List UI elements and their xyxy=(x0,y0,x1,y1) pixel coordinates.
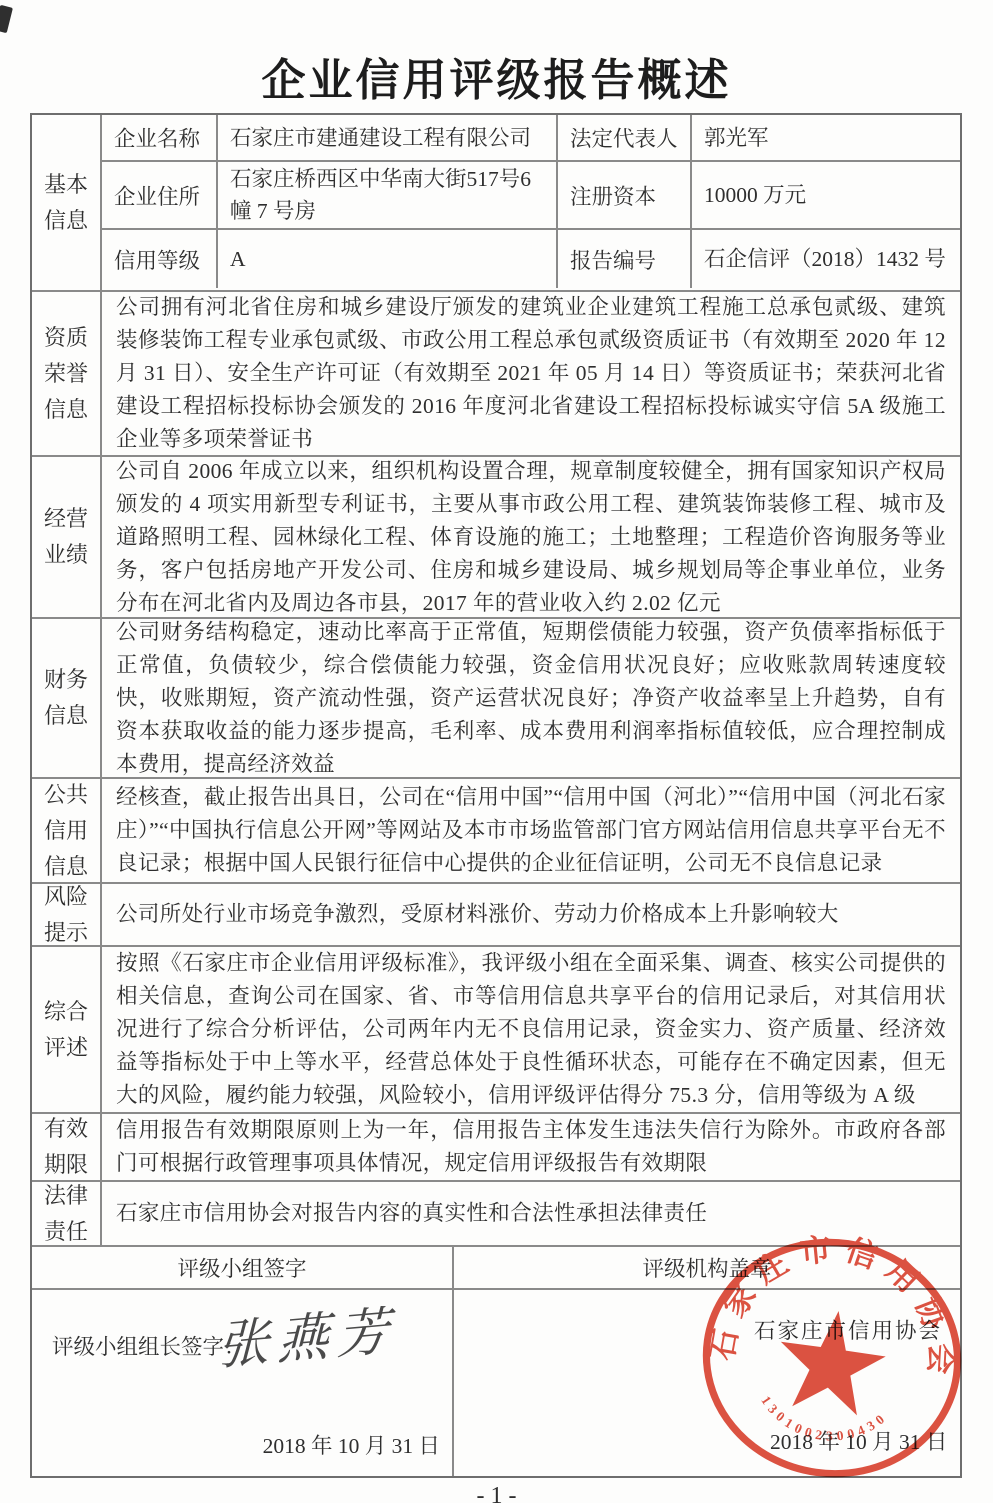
table-row: 企业名称 石家庄市建通建设工程有限公司 法定代表人 郭光军 xyxy=(102,115,960,162)
section-label-text: 法律责任 xyxy=(42,1178,90,1250)
agency-name-text: 石家庄市信用协会 xyxy=(754,1314,942,1345)
section-business-performance: 经营业绩 公司自 2006 年成立以来，组织机构设置合理，规章制度较健全，拥有国… xyxy=(32,457,960,619)
section-label-text: 基本信息 xyxy=(42,167,90,239)
section-text: 公司财务结构稳定，速动比率高于正常值，短期偿债能力较强，资产负债率指标低于正常值… xyxy=(116,619,946,777)
section-label-basic-info: 基本信息 xyxy=(32,115,102,290)
signature-header-row: 评级小组签字 评级机构盖章 xyxy=(32,1247,960,1290)
section-label-public-credit-info: 公共信用信息 xyxy=(32,779,102,882)
section-content: 公司财务结构稳定，速动比率高于正常值，短期偿债能力较强，资产负债率指标低于正常值… xyxy=(102,619,960,777)
section-label-overall-review: 综合评述 xyxy=(32,947,102,1112)
section-label-text: 经营业绩 xyxy=(42,501,90,573)
field-value-address: 石家庄桥西区中华南大街517号6幢 7 号房 xyxy=(218,162,558,228)
section-validity-period: 有效期限 信用报告有效期限原则上为一年，信用报告主体发生违法失信行为除外。市政府… xyxy=(32,1114,960,1182)
field-label-registered-capital: 注册资本 xyxy=(558,162,692,228)
field-label-legal-rep: 法定代表人 xyxy=(558,115,692,160)
section-public-credit-info: 公共信用信息 经核查，截止报告出具日，公司在“信用中国”“信用中国（河北）”“信… xyxy=(32,779,960,884)
field-label-report-number: 报告编号 xyxy=(558,230,692,288)
signature-cell-left: 评级小组组长签字： 张燕芳 2018 年 10 月 31 日 xyxy=(32,1290,454,1476)
section-content: 公司拥有河北省住房和城乡建设厅颁发的建筑业企业建筑工程施工总承包贰级、建筑装修装… xyxy=(102,292,960,455)
field-label-address: 企业住所 xyxy=(102,162,218,228)
section-text: 公司所处行业市场竞争激烈，受原材料涨价、劳动力价格成本上升影响较大 xyxy=(116,898,946,931)
field-value-credit-grade: A xyxy=(218,230,558,288)
section-text: 按照《石家庄市企业信用评级标准》，我评级小组在全面采集、调查、核实公司提供的相关… xyxy=(116,947,946,1112)
field-value-company-name: 石家庄市建通建设工程有限公司 xyxy=(218,115,558,160)
section-financial-info: 财务信息 公司财务结构稳定，速动比率高于正常值，短期偿债能力较强，资产负债率指标… xyxy=(32,619,960,779)
section-label-text: 风险提示 xyxy=(42,879,90,951)
page-title: 企业信用评级报告概述 xyxy=(0,44,993,108)
section-content: 经核查，截止报告出具日，公司在“信用中国”“信用中国（河北）”“信用中国（河北石… xyxy=(102,779,960,882)
section-label-validity-period: 有效期限 xyxy=(32,1114,102,1180)
section-qualification-honors: 资质荣誉信息 公司拥有河北省住房和城乡建设厅颁发的建筑业企业建筑工程施工总承包贰… xyxy=(32,292,960,457)
table-row: 信用等级 A 报告编号 石企信评（2018）1432 号 xyxy=(102,230,960,288)
page-number: - 1 - xyxy=(0,1483,993,1503)
signature-body-row: 评级小组组长签字： 张燕芳 2018 年 10 月 31 日 石家庄市信用协会 … xyxy=(32,1290,960,1476)
section-text: 公司自 2006 年成立以来，组织机构设置合理，规章制度较健全，拥有国家知识产权… xyxy=(116,457,946,617)
signature-date-left: 2018 年 10 月 31 日 xyxy=(263,1429,440,1460)
section-label-risk-warning: 风险提示 xyxy=(32,884,102,945)
section-content: 公司自 2006 年成立以来，组织机构设置合理，规章制度较健全，拥有国家知识产权… xyxy=(102,457,960,617)
field-value-legal-rep: 郭光军 xyxy=(692,115,960,160)
rating-agency-seal-header: 评级机构盖章 xyxy=(454,1247,960,1288)
section-text: 信用报告有效期限原则上为一年，信用报告主体发生违法失信行为除外。市政府各部门可根… xyxy=(116,1114,946,1180)
section-content: 按照《石家庄市企业信用评级标准》，我评级小组在全面采集、调查、核实公司提供的相关… xyxy=(102,947,960,1112)
section-label-text: 资质荣誉信息 xyxy=(42,320,90,428)
report-table: 基本信息 企业名称 石家庄市建通建设工程有限公司 法定代表人 郭光军 企业住所 … xyxy=(30,113,962,1478)
handwritten-signature: 张燕芳 xyxy=(217,1288,398,1379)
rating-team-signature-header: 评级小组签字 xyxy=(32,1247,454,1288)
section-overall-review: 综合评述 按照《石家庄市企业信用评级标准》，我评级小组在全面采集、调查、核实公司… xyxy=(32,947,960,1114)
table-row: 企业住所 石家庄桥西区中华南大街517号6幢 7 号房 注册资本 10000 万… xyxy=(102,162,960,230)
field-value-registered-capital: 10000 万元 xyxy=(692,162,960,228)
section-label-business-performance: 经营业绩 xyxy=(32,457,102,617)
field-value-report-number: 石企信评（2018）1432 号 xyxy=(692,230,960,288)
section-label-text: 公共信用信息 xyxy=(42,777,90,885)
scan-artifact xyxy=(0,5,13,33)
section-label-financial-info: 财务信息 xyxy=(32,619,102,777)
basic-info-grid: 企业名称 石家庄市建通建设工程有限公司 法定代表人 郭光军 企业住所 石家庄桥西… xyxy=(102,115,960,290)
section-content: 公司所处行业市场竞争激烈，受原材料涨价、劳动力价格成本上升影响较大 xyxy=(102,884,960,945)
section-text: 公司拥有河北省住房和城乡建设厅颁发的建筑业企业建筑工程施工总承包贰级、建筑装修装… xyxy=(116,292,946,455)
section-content: 信用报告有效期限原则上为一年，信用报告主体发生违法失信行为除外。市政府各部门可根… xyxy=(102,1114,960,1180)
signature-cell-right: 石家庄市信用协会 2018 年 10 月 31 日 xyxy=(454,1290,960,1476)
section-text: 石家庄市信用协会对报告内容的真实性和合法性承担法律责任 xyxy=(116,1197,946,1230)
section-content: 石家庄市信用协会对报告内容的真实性和合法性承担法律责任 xyxy=(102,1182,960,1245)
section-label-text: 财务信息 xyxy=(42,662,90,734)
section-text: 经核查，截止报告出具日，公司在“信用中国”“信用中国（河北）”“信用中国（河北石… xyxy=(116,781,946,880)
section-basic-info: 基本信息 企业名称 石家庄市建通建设工程有限公司 法定代表人 郭光军 企业住所 … xyxy=(32,115,960,292)
section-label-legal-liability: 法律责任 xyxy=(32,1182,102,1245)
signature-date-right: 2018 年 10 月 31 日 xyxy=(770,1425,947,1456)
section-label-text: 综合评述 xyxy=(42,994,90,1066)
section-label-text: 有效期限 xyxy=(42,1111,90,1183)
section-label-qualification-honors: 资质荣誉信息 xyxy=(32,292,102,455)
report-page: 企业信用评级报告概述 基本信息 企业名称 石家庄市建通建设工程有限公司 法定代表… xyxy=(0,0,993,1503)
field-label-company-name: 企业名称 xyxy=(102,115,218,160)
section-legal-liability: 法律责任 石家庄市信用协会对报告内容的真实性和合法性承担法律责任 xyxy=(32,1182,960,1247)
section-risk-warning: 风险提示 公司所处行业市场竞争激烈，受原材料涨价、劳动力价格成本上升影响较大 xyxy=(32,884,960,947)
field-label-credit-grade: 信用等级 xyxy=(102,230,218,288)
